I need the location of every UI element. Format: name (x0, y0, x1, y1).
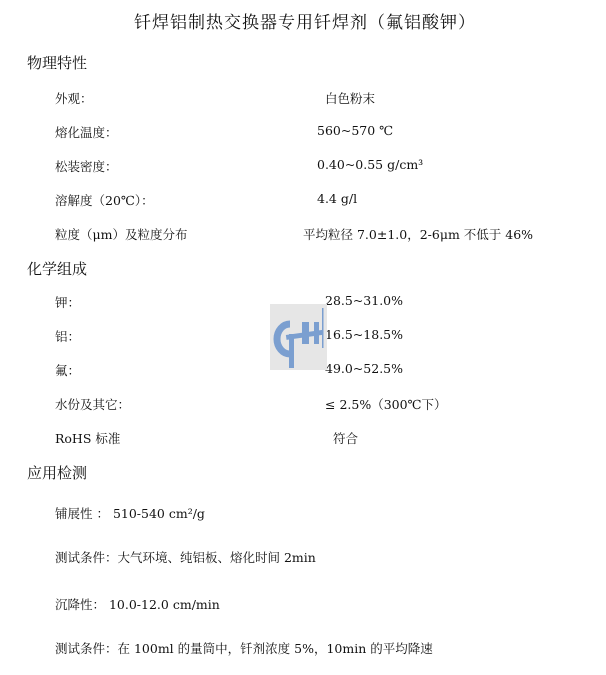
label-particle-size: 粒度（μm）及粒度分布 (55, 225, 187, 243)
label-appearance: 外观： (55, 89, 93, 107)
value-appearance: 白色粉末 (325, 89, 375, 107)
line-settling: 沉降性： 10.0-12.0 cm/min (55, 595, 220, 613)
value-particle-size: 平均粒径 7.0±1.0，2-6μm 不低于 46% (303, 225, 533, 243)
document-title: 钎焊铝制热交换器专用钎焊剂（氟铝酸钾） (134, 8, 476, 33)
label-melting-temp: 熔化温度： (55, 123, 118, 141)
label-potassium: 钾： (55, 293, 80, 311)
line-test-condition-1: 测试条件：大气环境、纯铝板、熔化时间 2min (55, 548, 316, 566)
section-heading-application: 应用检测 (27, 462, 87, 483)
value-bulk-density: 0.40~0.55 g/cm³ (317, 157, 423, 172)
line-spreadability: 铺展性 ： 510-540 cm²/g (55, 504, 205, 522)
label-bulk-density: 松装密度： (55, 157, 118, 175)
line-test-condition-2: 测试条件：在 100ml 的量筒中，钎剂浓度 5%，10min 的平均降速 (55, 639, 433, 657)
section-heading-physical: 物理特性 (27, 52, 87, 73)
value-solubility: 4.4 g/l (317, 191, 357, 206)
label-fluorine: 氟： (55, 361, 80, 379)
label-aluminum: 铝： (55, 327, 80, 345)
label-rohs: RoHS 标准 (55, 429, 120, 447)
label-solubility: 溶解度（20℃）： (55, 191, 154, 209)
value-fluorine: 49.0~52.5% (325, 361, 403, 376)
value-aluminum: 16.5~18.5% (325, 327, 403, 342)
value-moisture: ≤ 2.5%（300℃下） (325, 395, 447, 413)
watermark-logo-icon (270, 304, 327, 370)
value-melting-temp: 560~570 ℃ (317, 123, 393, 138)
value-potassium: 28.5~31.0% (325, 293, 403, 308)
label-moisture: 水份及其它： (55, 395, 130, 413)
section-heading-chemical: 化学组成 (27, 258, 87, 279)
value-rohs: 符合 (333, 429, 358, 447)
